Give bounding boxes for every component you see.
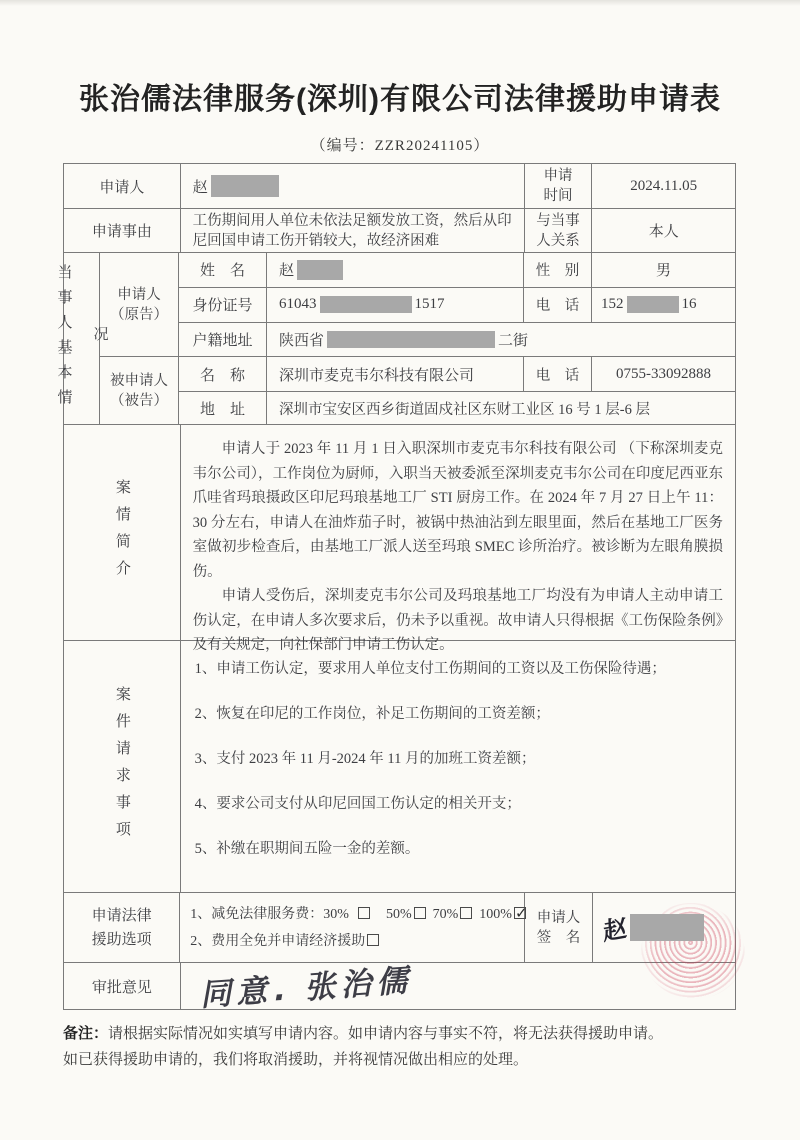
applicant-name-visible: 赵 xyxy=(193,176,208,197)
case-summary-paragraph-1: 申请人于 2023 年 11 月 1 日入职深圳市麦克韦尔科技有限公司 （下称深… xyxy=(193,437,723,584)
apply-time-label: 申请 时间 xyxy=(525,164,593,208)
id-label: 身份证号 xyxy=(179,288,267,322)
scanned-form-page: 张治儒法律服务(深圳)有限公司法律援助申请表 （编号：ZZR20241105） … xyxy=(0,0,800,1140)
name-value: 赵 xyxy=(267,253,524,287)
aid-option-100: 100% xyxy=(479,907,512,922)
party-role-column: 申请人 （原告） 被申请人 （被告） xyxy=(100,253,179,424)
aid-line1-prefix: 1、减免法律服务费： xyxy=(190,907,323,922)
address-label: 户籍地址 xyxy=(179,323,267,357)
row-company-name: 名 称 深圳市麦克韦尔科技有限公司 电 话 0755-33092888 xyxy=(179,357,735,392)
row-applicant: 申请人 赵 申请 时间 2024.11.05 xyxy=(64,164,735,209)
address-value: 陕西省 二街 xyxy=(267,323,735,357)
redaction-box xyxy=(320,296,412,313)
case-summary-body: 申请人于 2023 年 11 月 1 日入职深圳市麦克韦尔科技有限公司 （下称深… xyxy=(181,425,735,640)
row-id-number: 身份证号 61043 1517 电 话 152 16 xyxy=(179,288,735,323)
id-value: 61043 1517 xyxy=(267,288,524,322)
reason-value: 工伤期间用人单位未依法足额发放工资，然后从印尼回国申请工伤开销较大，故经济困难 xyxy=(181,209,525,252)
requests-header: 案件请求事项 xyxy=(64,641,181,892)
approval-section: 审批意见 同意. 张治儒 xyxy=(64,963,735,1009)
requests-body: 1、申请工伤认定，要求用人单位支付工伤期间的工资以及工伤保险待遇； 2、恢复在印… xyxy=(181,641,735,892)
checkbox-30-icon xyxy=(358,907,370,919)
row-name: 姓 名 赵 性 别 男 xyxy=(179,253,735,288)
id-suffix: 1517 xyxy=(415,296,445,313)
document-header: 张治儒法律服务(深圳)有限公司法律援助申请表 （编号：ZZR20241105） xyxy=(0,74,800,155)
redaction-box xyxy=(627,296,679,313)
apply-time-value: 2024.11.05 xyxy=(592,164,735,208)
request-item: 5、补缴在职期间五险一金的差额。 xyxy=(195,837,723,861)
gender-value: 男 xyxy=(592,253,735,287)
signature-label: 申请人 签 名 xyxy=(525,893,593,962)
request-item: 1、申请工伤认定，要求用人单位支付工伤期间的工资以及工伤保险待遇； xyxy=(195,657,723,681)
redaction-box xyxy=(297,260,343,280)
phone-label: 电 话 xyxy=(524,288,592,322)
requests-section: 案件请求事项 1、申请工伤认定，要求用人单位支付工伤期间的工资以及工伤保险待遇；… xyxy=(64,641,735,893)
case-summary-header: 案情简介 xyxy=(64,425,181,640)
defendant-label: 被申请人 （被告） xyxy=(100,357,178,424)
case-summary-header-text: 案情简介 xyxy=(104,479,140,587)
company-name-value: 深圳市麦克韦尔科技有限公司 xyxy=(267,357,524,391)
footnote-line-1: 请根据实际情况如实填写申请内容。如申请内容与事实不符，将无法获得援助申请。 xyxy=(108,1026,663,1042)
company-addr-value: 深圳市宝安区西乡街道固戍社区东财工业区 16 号 1 层-6 层 xyxy=(267,392,735,424)
serial-number: （编号：ZZR20241105） xyxy=(0,134,800,155)
applicant-value: 赵 xyxy=(181,164,525,208)
footnote: 备注：请根据实际情况如实填写申请内容。如申请内容与事实不符，将无法获得援助申请。… xyxy=(63,1021,745,1073)
redaction-box xyxy=(630,914,704,941)
request-item: 4、要求公司支付从印尼回国工伤认定的相关开支； xyxy=(195,792,723,816)
handwritten-signature: 赵 xyxy=(602,908,627,947)
aid-line2-text: 2、费用全免并申请经济援助 xyxy=(190,934,365,949)
request-item: 3、支付 2023 年 11 月-2024 年 11 月的加班工资差额； xyxy=(195,747,723,771)
row-residence-address: 户籍地址 陕西省 二街 xyxy=(179,323,735,358)
aid-options-section: 申请法律 援助选项 1、减免法律服务费：30%50%70%100% 2、费用全免… xyxy=(64,893,735,963)
phone-prefix: 152 xyxy=(601,296,624,313)
requests-header-text: 案件请求事项 xyxy=(104,686,140,848)
case-summary-section: 案情简介 申请人于 2023 年 11 月 1 日入职深圳市麦克韦尔科技有限公司… xyxy=(64,425,735,641)
aid-option-line-1: 1、减免法律服务费：30%50%70%100% xyxy=(190,901,520,928)
aid-option-50: 50% xyxy=(386,907,412,922)
signature-cell: 赵 xyxy=(593,893,735,962)
relation-label: 与当事 人关系 xyxy=(525,209,593,252)
row-reason: 申请事由 工伤期间用人单位未依法足额发放工资，然后从印尼回国申请工伤开销较大，故… xyxy=(64,209,735,253)
aid-option-line-2: 2、费用全免并申请经济援助 xyxy=(190,928,520,955)
footnote-line-2: 如已获得援助申请的，我们将取消援助，并将视情况做出相应的处理。 xyxy=(63,1052,528,1068)
address-suffix: 二街 xyxy=(498,329,528,350)
checkbox-50-icon xyxy=(414,907,426,919)
party-section-header: 当事人基本情况 xyxy=(64,253,100,424)
aid-options-label: 申请法律 援助选项 xyxy=(64,893,180,962)
address-prefix: 陕西省 xyxy=(279,329,324,350)
aid-option-70: 70% xyxy=(433,907,459,922)
row-company-address: 地 址 深圳市宝安区西乡街道固戍社区东财工业区 16 号 1 层-6 层 xyxy=(179,392,735,424)
aid-options-body: 1、减免法律服务费：30%50%70%100% 2、费用全免并申请经济援助 xyxy=(180,893,525,962)
handwritten-approval: 同意. 张治儒 xyxy=(199,954,419,1015)
company-phone-label: 电 话 xyxy=(524,357,592,391)
phone-value: 152 16 xyxy=(592,288,735,322)
approval-body: 同意. 张治儒 xyxy=(181,963,735,1009)
gender-label: 性 别 xyxy=(524,253,592,287)
company-addr-label: 地 址 xyxy=(179,392,267,424)
checkbox-70-icon xyxy=(460,907,472,919)
applicant-label: 申请人 xyxy=(64,164,181,208)
name-label: 姓 名 xyxy=(179,253,267,287)
reason-label: 申请事由 xyxy=(64,209,181,252)
approval-label: 审批意见 xyxy=(64,963,181,1009)
party-info-section: 当事人基本情况 申请人 （原告） 被申请人 （被告） 姓 名 赵 性 别 男 xyxy=(64,253,735,425)
company-phone-value: 0755-33092888 xyxy=(592,357,735,391)
page-title: 张治儒法律服务(深圳)有限公司法律援助申请表 xyxy=(0,74,800,118)
id-prefix: 61043 xyxy=(279,296,317,313)
party-detail-column: 姓 名 赵 性 别 男 身份证号 61043 1517 xyxy=(179,253,735,424)
phone-suffix: 16 xyxy=(682,296,697,313)
checkbox-full-waiver-icon xyxy=(367,934,379,946)
checkbox-100-checked-icon xyxy=(514,907,526,919)
plaintiff-label: 申请人 （原告） xyxy=(100,253,178,357)
application-form-table: 申请人 赵 申请 时间 2024.11.05 申请事由 工伤期间用人单位未依法足… xyxy=(63,163,736,1010)
footnote-label: 备注： xyxy=(63,1026,108,1042)
aid-option-30: 30% xyxy=(323,907,349,922)
relation-value: 本人 xyxy=(592,209,735,252)
redaction-box xyxy=(211,175,279,197)
request-item: 2、恢复在印尼的工作岗位，补足工伤期间的工资差额； xyxy=(195,702,723,726)
name-visible: 赵 xyxy=(279,259,294,280)
redaction-box xyxy=(327,331,495,348)
company-name-label: 名 称 xyxy=(179,357,267,391)
